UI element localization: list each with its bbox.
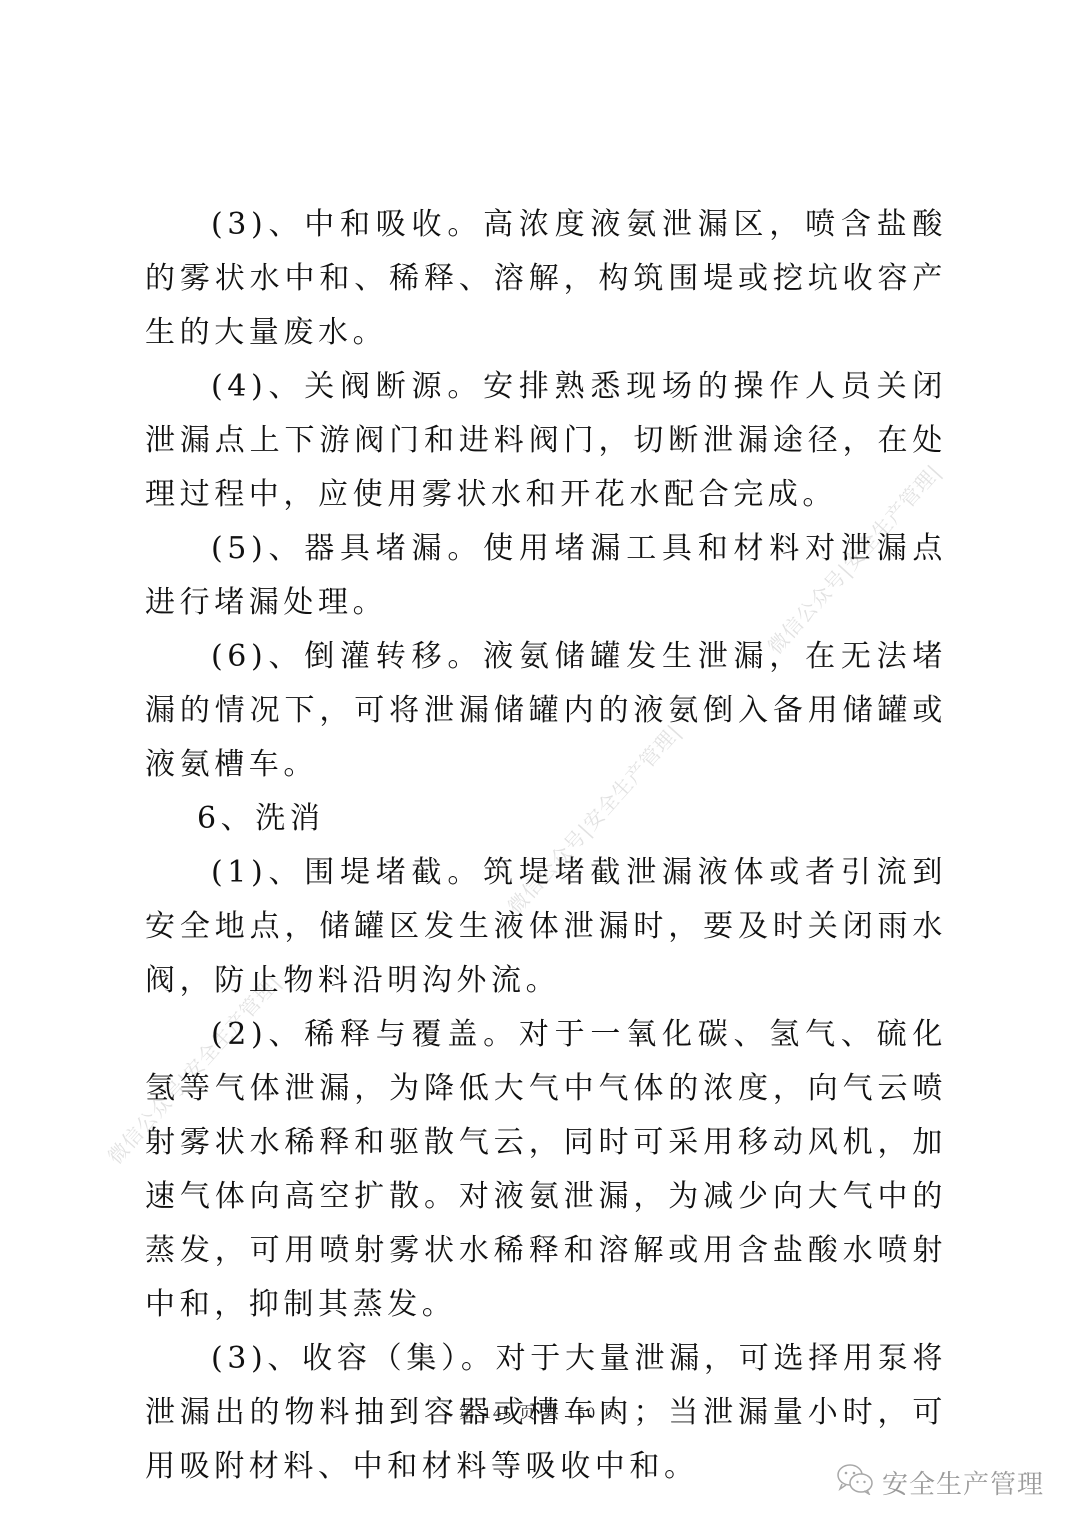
brand-name: 安全生产管理 [882, 1464, 1044, 1501]
brand-signature: 安全生产管理 [836, 1463, 1044, 1502]
paragraph-item-2-dilute: (2)、稀释与覆盖。对于一氧化碳、氢气、硫化氢等气体泄漏，为降低大气中气体的浓度… [145, 1008, 947, 1332]
paragraph-item-4-close-valves: (4)、关阀断源。安排熟悉现场的操作人员关闭泄漏点上下游阀门和进料阀门，切断泄漏… [145, 360, 947, 522]
section-heading-decontamination: 6、洗消 [145, 792, 947, 846]
wechat-icon [836, 1463, 882, 1502]
document-body: (3)、中和吸收。高浓度液氨泄漏区，喷含盐酸的雾状水中和、稀释、溶解，构筑围堤或… [145, 198, 947, 1494]
paragraph-item-6-transfer: (6)、倒灌转移。液氨储罐发生泄漏，在无法堵漏的情况下，可将泄漏储罐内的液氨倒入… [145, 630, 947, 792]
document-page: 微信公众号|安全生产管理| 微信公众号|安全生产管理| 微信公众号|安全生产管理… [0, 0, 1080, 1528]
page-number: 第 145 页 共 150 页 [0, 1400, 1080, 1423]
paragraph-item-5-plug-leak: (5)、器具堵漏。使用堵漏工具和材料对泄漏点进行堵漏处理。 [145, 522, 947, 630]
paragraph-item-1-dike: (1)、围堤堵截。筑堤堵截泄漏液体或者引流到安全地点，储罐区发生液体泄漏时，要及… [145, 846, 947, 1008]
paragraph-item-3-neutralize: (3)、中和吸收。高浓度液氨泄漏区，喷含盐酸的雾状水中和、稀释、溶解，构筑围堤或… [145, 198, 947, 360]
